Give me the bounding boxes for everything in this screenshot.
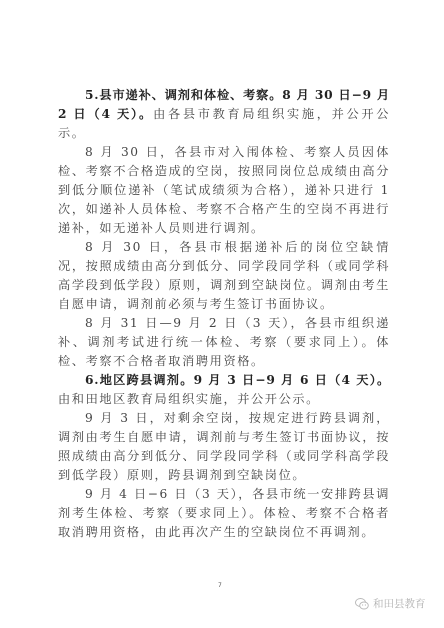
section-6-heading-rest: 由和田地区教育局组织实施，并公开公示。 [58,392,320,406]
section-5-paragraph-2: 8 月 30 日，各县市根据递补后的岗位空缺情况，按照成绩由高分到低分、同学段同… [58,238,390,314]
section-6-paragraph-1: 9 月 3 日，对剩余空岗，按规定进行跨县调剂，调剂由考生自愿申请，调剂前与考生… [58,409,390,485]
document-body: 5.县市递补、调剂和体检、考察。8 月 30 日−9 月 2 日（4 天）。由各… [58,86,390,542]
wechat-icon [355,598,369,610]
section-6-heading-paragraph: 6.地区跨县调剂。9 月 3 日−9 月 6 日（4 天）。由和田地区教育局组织… [58,371,390,409]
watermark-text: 和田县教育 [373,596,426,611]
document-page: 5.县市递补、调剂和体检、考察。8 月 30 日−9 月 2 日（4 天）。由各… [0,0,444,628]
section-5-heading-paragraph: 5.县市递补、调剂和体检、考察。8 月 30 日−9 月 2 日（4 天）。由各… [58,86,390,143]
section-6-paragraph-2: 9 月 4 日−6 日（3 天），各县市统一安排跨县调剂考生体检、考察（要求同上… [58,485,390,542]
section-5-paragraph-3: 8 月 31 日—9 月 2 日（3 天），各县市组织递补、调剂考试进行统一体检… [58,314,390,371]
page-number: 7 [218,582,222,589]
section-6-heading: 6.地区跨县调剂。9 月 3 日−9 月 6 日（4 天）。 [85,373,390,387]
watermark: 和田县教育 [355,596,426,611]
section-5-paragraph-1: 8 月 30 日，各县市对入闱体检、考察人员因体检、考察不合格造成的空岗，按照同… [58,143,390,238]
